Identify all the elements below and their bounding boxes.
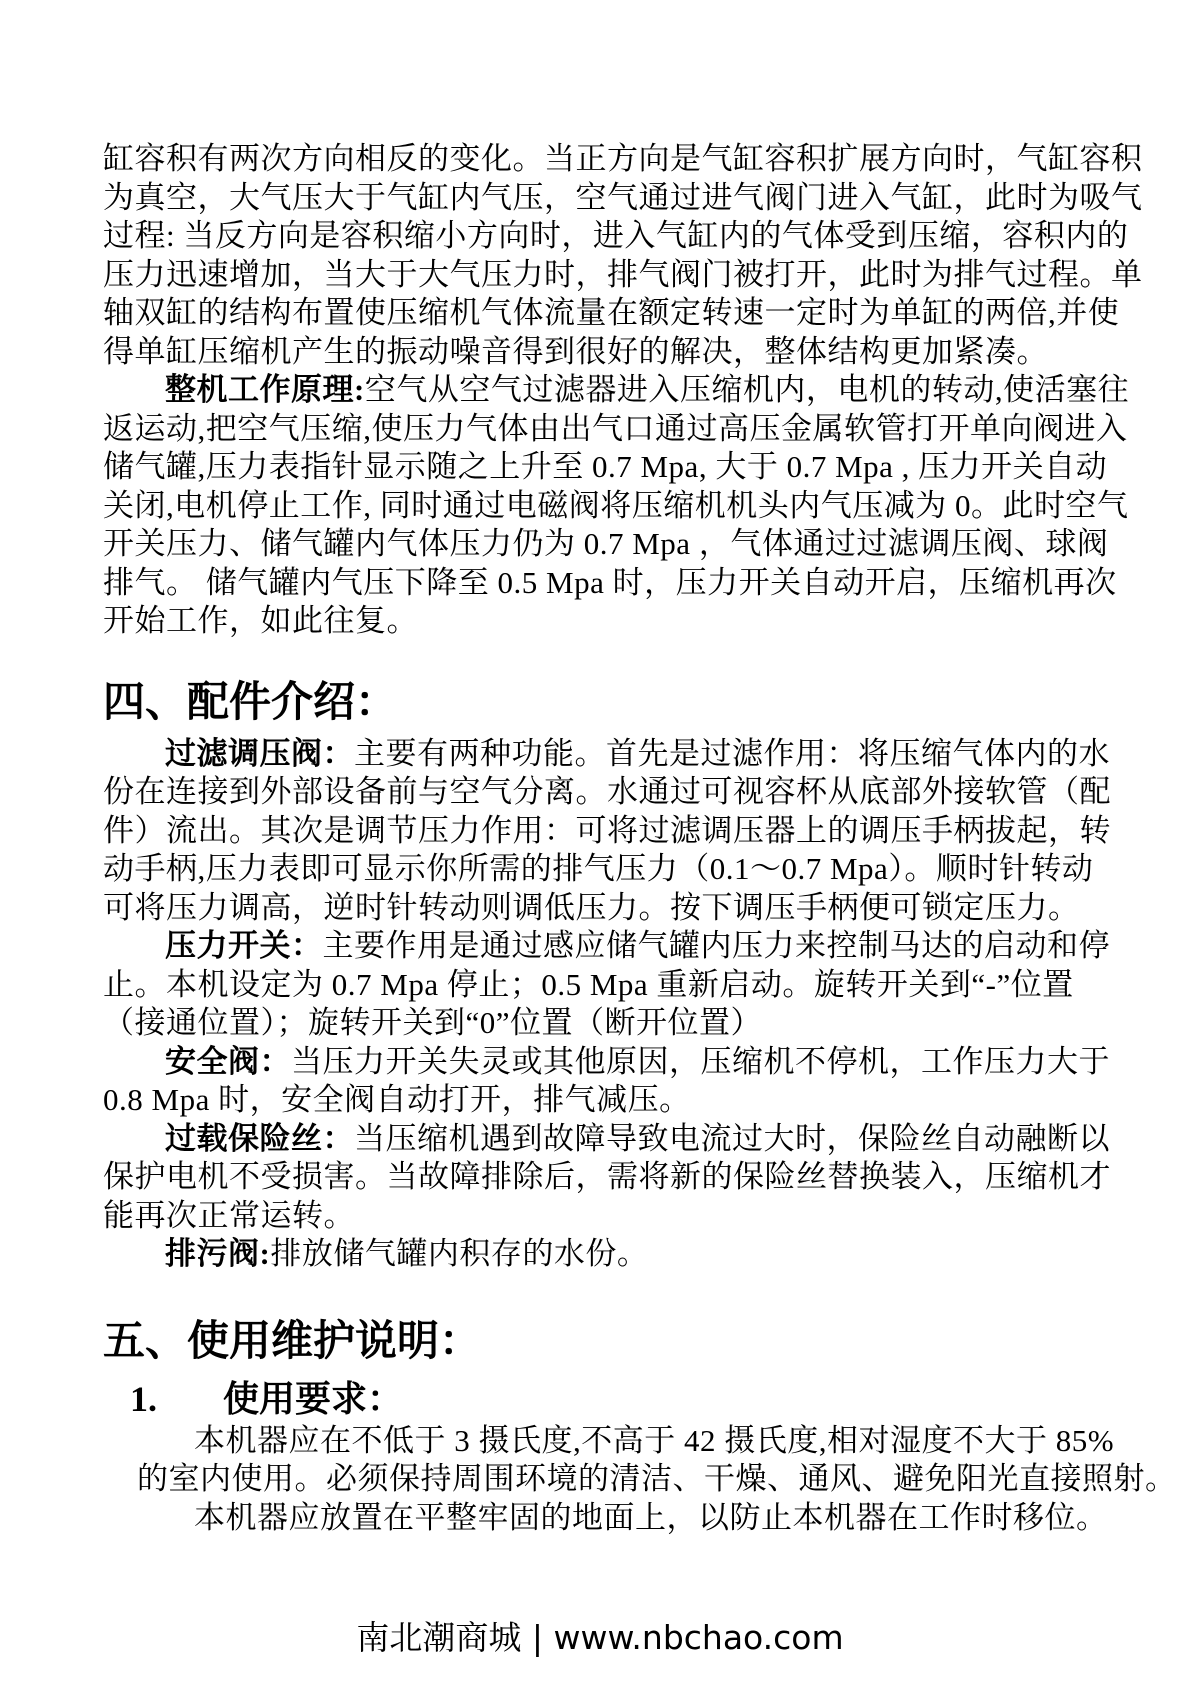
text-line: 本机器应在不低于 3 摄氏度,不高于 42 摄氏度,相对湿度不大于 85%	[137, 1422, 1103, 1461]
text-line: 关闭,电机停止工作, 同时通过电磁阀将压缩机机头内气压减为 0。此时空气	[103, 487, 1103, 526]
text-line: 缸容积有两次方向相反的变化。当正方向是气缸容积扩展方向时，气缸容积	[103, 140, 1103, 179]
text-line: 安全阀：当压力开关失灵或其他原因，压缩机不停机，工作压力大于	[103, 1043, 1103, 1082]
text-line: 压力开关：主要作用是通过感应储气罐内压力来控制马达的启动和停	[103, 927, 1103, 966]
section-heading-usage-maintenance: 五、使用维护说明：	[103, 1316, 1103, 1368]
text-line: 本机器应放置在平整牢固的地面上，以防止本机器在工作时移位。	[137, 1499, 1103, 1538]
text-line: 止。本机设定为 0.7 Mpa 停止；0.5 Mpa 重新启动。旋转开关到“-”…	[103, 966, 1103, 1005]
usage-requirements-paragraph: 本机器应在不低于 3 摄氏度,不高于 42 摄氏度,相对湿度不大于 85% 的室…	[137, 1422, 1103, 1499]
accessory-label: 过载保险丝：	[165, 1121, 354, 1156]
text-segment: 当压缩机遇到故障导致电流过大时，保险丝自动融断以	[354, 1121, 1110, 1156]
accessory-label: 压力开关：	[165, 928, 323, 963]
text-line: 开关压力、储气罐内气体压力仍为 0.7 Mpa ，气体通过过滤调压阀、球阀	[103, 525, 1103, 564]
footer-site-credit: 南北潮商城 | www.nbchao.com	[0, 1618, 1200, 1658]
subsection-heading-usage-requirements: 1.使用要求：	[103, 1376, 1103, 1422]
text-segment: 主要有两种功能。首先是过滤作用：将压缩气体内的水	[354, 736, 1110, 771]
placement-paragraph: 本机器应放置在平整牢固的地面上，以防止本机器在工作时移位。	[137, 1499, 1103, 1538]
working-principle-label: 整机工作原理:	[165, 372, 365, 407]
text-line: 排污阀:排放储气罐内积存的水份。	[103, 1235, 1103, 1274]
working-principle-paragraph: 整机工作原理:空气从空气过滤器进入压缩机内，电机的转动,使活塞往 返运动,把空气…	[103, 371, 1103, 641]
text-line: 保护电机不受损害。当故障排除后，需将新的保险丝替换装入，压缩机才	[103, 1158, 1103, 1197]
text-line: 为真空，大气压大于气缸内气压，空气通过进气阀门进入气缸，此时为吸气	[103, 179, 1103, 218]
text-line: 动手柄,压力表即可显示你所需的排气压力（0.1～0.7 Mpa）。顺时针转动	[103, 850, 1103, 889]
text-line: 开始工作，如此往复。	[103, 602, 1103, 641]
accessory-paragraph-filter-regulator-valve: 过滤调压阀：主要有两种功能。首先是过滤作用：将压缩气体内的水 份在连接到外部设备…	[103, 735, 1103, 928]
text-line: 过程: 当反方向是容积缩小方向时，进入气缸内的气体受到压缩，容积内的	[103, 217, 1103, 256]
page-content: 缸容积有两次方向相反的变化。当正方向是气缸容积扩展方向时，气缸容积 为真空，大气…	[103, 140, 1103, 1537]
text-line: 件）流出。其次是调节压力作用：可将过滤调压器上的调压手柄拔起，转	[103, 812, 1103, 851]
text-line: 能再次正常运转。	[103, 1197, 1103, 1236]
text-segment: 当压力开关失灵或其他原因，压缩机不停机，工作压力大于	[291, 1044, 1110, 1079]
accessory-paragraph-drain-valve: 排污阀:排放储气罐内积存的水份。	[103, 1235, 1103, 1274]
text-line: 压力迅速增加，当大于大气压力时，排气阀门被打开，此时为排气过程。单	[103, 256, 1103, 295]
subsection-title: 使用要求：	[223, 1379, 403, 1419]
text-segment: 排放储气罐内积存的水份。	[270, 1236, 648, 1271]
section-heading-accessories: 四、配件介绍：	[103, 677, 1103, 729]
text-line: 的室内使用。必须保持周围环境的清洁、干燥、通风、避免阳光直接照射。	[137, 1460, 1103, 1499]
text-line: 整机工作原理:空气从空气过滤器进入压缩机内，电机的转动,使活塞往	[103, 371, 1103, 410]
accessory-paragraph-pressure-switch: 压力开关：主要作用是通过感应储气罐内压力来控制马达的启动和停 止。本机设定为 0…	[103, 927, 1103, 1043]
subsection-number: 1.	[130, 1376, 223, 1422]
text-line: 过滤调压阀：主要有两种功能。首先是过滤作用：将压缩气体内的水	[103, 735, 1103, 774]
text-segment: 空气从空气过滤器进入压缩机内，电机的转动,使活塞往	[365, 372, 1129, 407]
text-line: （接通位置）；旋转开关到“0”位置（断开位置）	[103, 1004, 1103, 1043]
text-line: 份在连接到外部设备前与空气分离。水通过可视容杯从底部外接软管（配	[103, 773, 1103, 812]
text-line: 返运动,把空气压缩,使压力气体由出气口通过高压金属软管打开单向阀进入	[103, 410, 1103, 449]
accessory-label: 排污阀:	[165, 1236, 270, 1271]
text-segment: 主要作用是通过感应储气罐内压力来控制马达的启动和停	[323, 928, 1111, 963]
text-line: 储气罐,压力表指针显示随之上升至 0.7 Mpa, 大于 0.7 Mpa , 压…	[103, 448, 1103, 487]
text-line: 可将压力调高，逆时针转动则调低压力。按下调压手柄便可锁定压力。	[103, 889, 1103, 928]
text-line: 轴双缸的结构布置使压缩机气体流量在额定转速一定时为单缸的两倍,并使	[103, 294, 1103, 333]
accessory-label: 安全阀：	[165, 1044, 291, 1079]
intro-paragraph: 缸容积有两次方向相反的变化。当正方向是气缸容积扩展方向时，气缸容积 为真空，大气…	[103, 140, 1103, 371]
accessory-paragraph-overload-fuse: 过载保险丝：当压缩机遇到故障导致电流过大时，保险丝自动融断以 保护电机不受损害。…	[103, 1120, 1103, 1236]
text-line: 过载保险丝：当压缩机遇到故障导致电流过大时，保险丝自动融断以	[103, 1120, 1103, 1159]
text-line: 0.8 Mpa 时，安全阀自动打开，排气减压。	[103, 1081, 1103, 1120]
text-line: 得单缸压缩机产生的振动噪音得到很好的解决，整体结构更加紧凑。	[103, 333, 1103, 372]
accessory-label: 过滤调压阀：	[165, 736, 354, 771]
manual-page: 缸容积有两次方向相反的变化。当正方向是气缸容积扩展方向时，气缸容积 为真空，大气…	[0, 0, 1200, 1702]
accessory-paragraph-safety-valve: 安全阀：当压力开关失灵或其他原因，压缩机不停机，工作压力大于 0.8 Mpa 时…	[103, 1043, 1103, 1120]
text-line: 排气。 储气罐内气压下降至 0.5 Mpa 时，压力开关自动开启，压缩机再次	[103, 564, 1103, 603]
